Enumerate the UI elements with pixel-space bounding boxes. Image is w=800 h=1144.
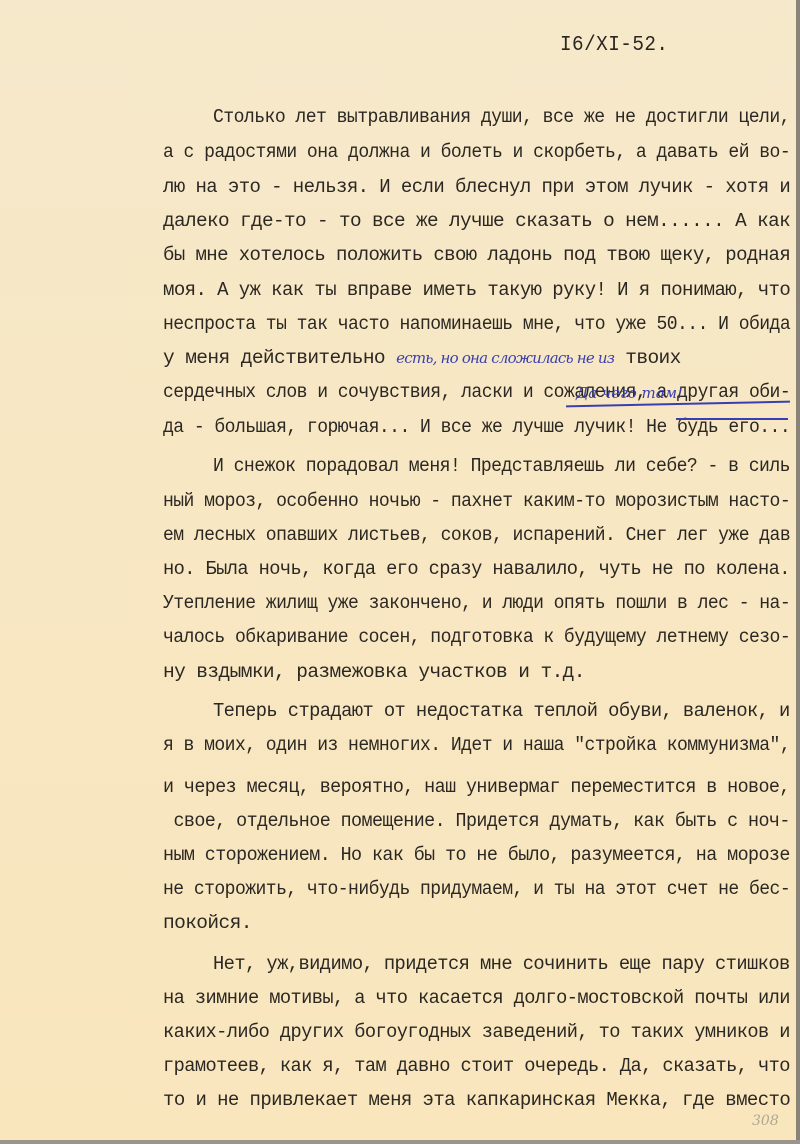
page-number: 308: [752, 1113, 779, 1129]
paper-edge-right: [796, 0, 800, 1144]
handwritten-insertion: есть, но она сложилась не из: [396, 349, 614, 367]
text-line: но. Была ночь, когда его сразу навалило,…: [163, 558, 790, 580]
text-line: и через месяц, вероятно, наш универмаг п…: [163, 776, 790, 798]
text-line: Теперь страдают от недостатка теплой обу…: [213, 700, 790, 722]
text-line: бы мне хотелось положить свою ладонь под…: [163, 244, 790, 266]
handwritten-annotation: Да чего там!: [576, 384, 683, 402]
text-line: лю на это - нельзя. И если блеснул при э…: [163, 176, 790, 198]
text-line: ем лесных опавших листьев, соков, испаре…: [163, 524, 790, 546]
text-line: у меня действительно есть, но она сложил…: [163, 347, 681, 369]
text-line: я в моих, один из немногих. Идет и наша …: [163, 734, 790, 756]
text-line: свое, отдельное помещение. Придется дума…: [163, 810, 790, 832]
text-line: И снежок порадовал меня! Представляешь л…: [213, 455, 790, 477]
text-line: покойся.: [163, 912, 252, 934]
text-line: ным сторожением. Но как бы то не было, р…: [163, 844, 790, 866]
letter-date: I6/XI-52.: [560, 34, 668, 57]
text-line: а с радостями она должна и болеть и скор…: [163, 141, 790, 163]
text-line: то и не привлекает меня эта капкаринская…: [163, 1089, 790, 1111]
document-page: I6/XI-52. Столько лет вытравливания души…: [0, 0, 796, 1140]
text-line: моя. А уж как ты вправе иметь такую руку…: [163, 279, 790, 301]
text-line: ный мороз, особенно ночью - пахнет каким…: [163, 490, 790, 512]
text-line: Утепление жилищ уже закончено, и люди оп…: [163, 592, 790, 614]
text-line: чалось обкаривание сосен, подготовка к б…: [163, 626, 790, 648]
text-line: Столько лет вытравливания души, все же н…: [213, 106, 790, 128]
strikethrough-mark: [676, 418, 788, 420]
text-line: неспроста ты так часто напоминаешь мне, …: [163, 313, 790, 335]
text-line: каких-либо других богоугодных заведений,…: [163, 1021, 790, 1043]
text-line: не сторожить, что-нибудь придумаем, и ты…: [163, 878, 790, 900]
text-line: Нет, уж,видимо, придется мне сочинить ещ…: [213, 953, 790, 975]
text-line: на зимние мотивы, а что касается долго-м…: [163, 987, 790, 1009]
text-line: ну вздымки, размежовка участков и т.д.: [163, 661, 585, 683]
text-line: сердечных слов и сочувствия, ласки и сож…: [163, 381, 790, 403]
text-line: далеко где-то - то все же лучше сказать …: [163, 210, 790, 232]
text-line: грамотеев, как я, там давно стоит очеред…: [163, 1055, 790, 1077]
paper-edge-bottom: [0, 1140, 800, 1144]
